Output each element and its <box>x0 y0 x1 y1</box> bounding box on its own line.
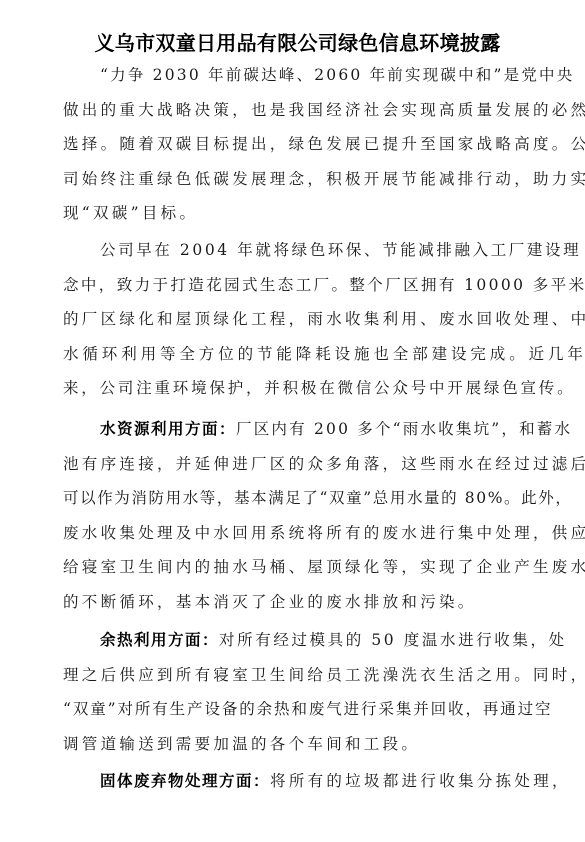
paragraph-waste-heat: 余热利用方面：对所有经过模具的 50 度温水进行收集，处 理之后供应到所有寝室卫… <box>63 623 533 761</box>
paragraph-line: 现“双碳”目标。 <box>63 196 533 231</box>
paragraph-line: 来，公司注重环境保护，并积极在微信公众号中开展绿色宣传。 <box>63 371 533 406</box>
section-lead-solid-waste: 固体废弃物处理方面： <box>100 771 270 790</box>
section-lead-heat: 余热利用方面： <box>100 630 219 649</box>
paragraph-line: “力争 2030 年前碳达峰、2060 年前实现碳中和”是党中央 <box>63 58 533 93</box>
paragraph-line: “双童”对所有生产设备的余热和废气进行采集并回收，再通过空 <box>63 692 533 727</box>
paragraph-water-resources: 水资源利用方面：厂区内有 200 多个“雨水收集坑”，和蓄水 池有序连接，并延伸… <box>63 412 533 620</box>
paragraph-line-text: 将所有的垃圾都进行收集分拣处理， <box>270 772 571 790</box>
paragraph-line-text: 厂区内有 200 多个“雨水收集坑”，和蓄水 <box>236 420 572 438</box>
paragraph-line: 固体废弃物处理方面：将所有的垃圾都进行收集分拣处理， <box>63 764 533 799</box>
paragraph-line: 给寝室卫生间内的抽水马桶、屋顶绿化等，实现了企业产生废水 <box>63 550 533 585</box>
paragraph-company-history: 公司早在 2004 年就将绿色环保、节能减排融入工厂建设理 念中，致力于打造花园… <box>63 233 533 406</box>
paragraph-line: 司始终注重绿色低碳发展理念，积极开展节能减排行动，助力实 <box>63 162 533 197</box>
paragraph-line: 废水收集处理及中水回用系统将所有的废水进行集中处理，供应 <box>63 516 533 551</box>
paragraph-carbon-goals: “力争 2030 年前碳达峰、2060 年前实现碳中和”是党中央 做出的重大战略… <box>63 58 533 231</box>
section-lead-water: 水资源利用方面： <box>100 419 236 438</box>
paragraph-line: 池有序连接，并延伸进厂区的众多角落，这些雨水在经过过滤后 <box>63 447 533 482</box>
paragraph-line: 理之后供应到所有寝室卫生间给员工洗澡洗衣生活之用。同时， <box>63 658 533 693</box>
paragraph-line: 可以作为消防用水等，基本满足了“双童”总用水量的 80%。此外， <box>63 481 533 516</box>
paragraph-line: 的不断循环，基本消灭了企业的废水排放和污染。 <box>63 585 533 620</box>
paragraph-line: 余热利用方面：对所有经过模具的 50 度温水进行收集，处 <box>63 623 533 658</box>
paragraph-line: 选择。随着双碳目标提出，绿色发展已提升至国家战略高度。公 <box>63 127 533 162</box>
paragraph-line: 公司早在 2004 年就将绿色环保、节能减排融入工厂建设理 <box>63 233 533 268</box>
paragraph-line: 水循环利用等全方位的节能降耗设施也全部建设完成。近几年 <box>63 337 533 372</box>
document-page: 义乌市双童日用品有限公司绿色信息环境披露 “力争 2030 年前碳达峰、2060… <box>0 0 585 842</box>
paragraph-solid-waste: 固体废弃物处理方面：将所有的垃圾都进行收集分拣处理， <box>63 764 533 799</box>
document-title: 义乌市双童日用品有限公司绿色信息环境披露 <box>0 29 585 57</box>
paragraph-line: 念中，致力于打造花园式生态工厂。整个厂区拥有 10000 多平米 <box>63 268 533 303</box>
paragraph-line: 调管道输送到需要加温的各个车间和工段。 <box>63 727 533 762</box>
paragraph-line: 做出的重大战略决策，也是我国经济社会实现高质量发展的必然 <box>63 93 533 128</box>
paragraph-line: 水资源利用方面：厂区内有 200 多个“雨水收集坑”，和蓄水 <box>63 412 533 447</box>
paragraph-line-text: 对所有经过模具的 50 度温水进行收集，处 <box>219 631 567 649</box>
paragraph-line: 的厂区绿化和屋顶绿化工程，雨水收集利用、废水回收处理、中 <box>63 302 533 337</box>
